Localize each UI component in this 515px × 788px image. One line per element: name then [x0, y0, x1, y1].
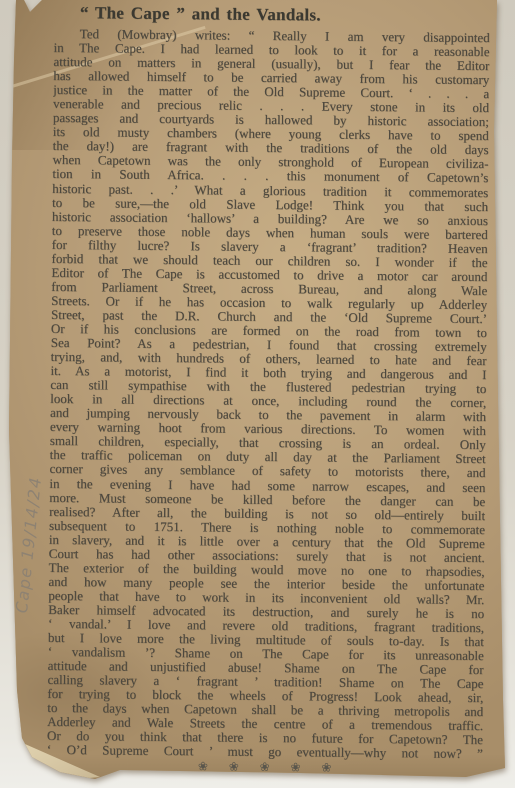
- printer-ornaments-row: ❀ ❀ ❀ ❀ ❀: [47, 758, 483, 776]
- clipping-shadow-wrap: “ The Cape ” and the Vandals. Ted (Mowbr…: [0, 0, 515, 788]
- mount-page: “ The Cape ” and the Vandals. Ted (Mowbr…: [0, 0, 515, 788]
- newspaper-clipping: “ The Cape ” and the Vandals. Ted (Mowbr…: [0, 0, 515, 788]
- article-title: “ The Cape ” and the Vandals.: [80, 3, 490, 27]
- article: “ The Cape ” and the Vandals. Ted (Mowbr…: [47, 3, 490, 777]
- article-body: Ted (Mowbray) writes: “ Really I am very…: [47, 27, 490, 762]
